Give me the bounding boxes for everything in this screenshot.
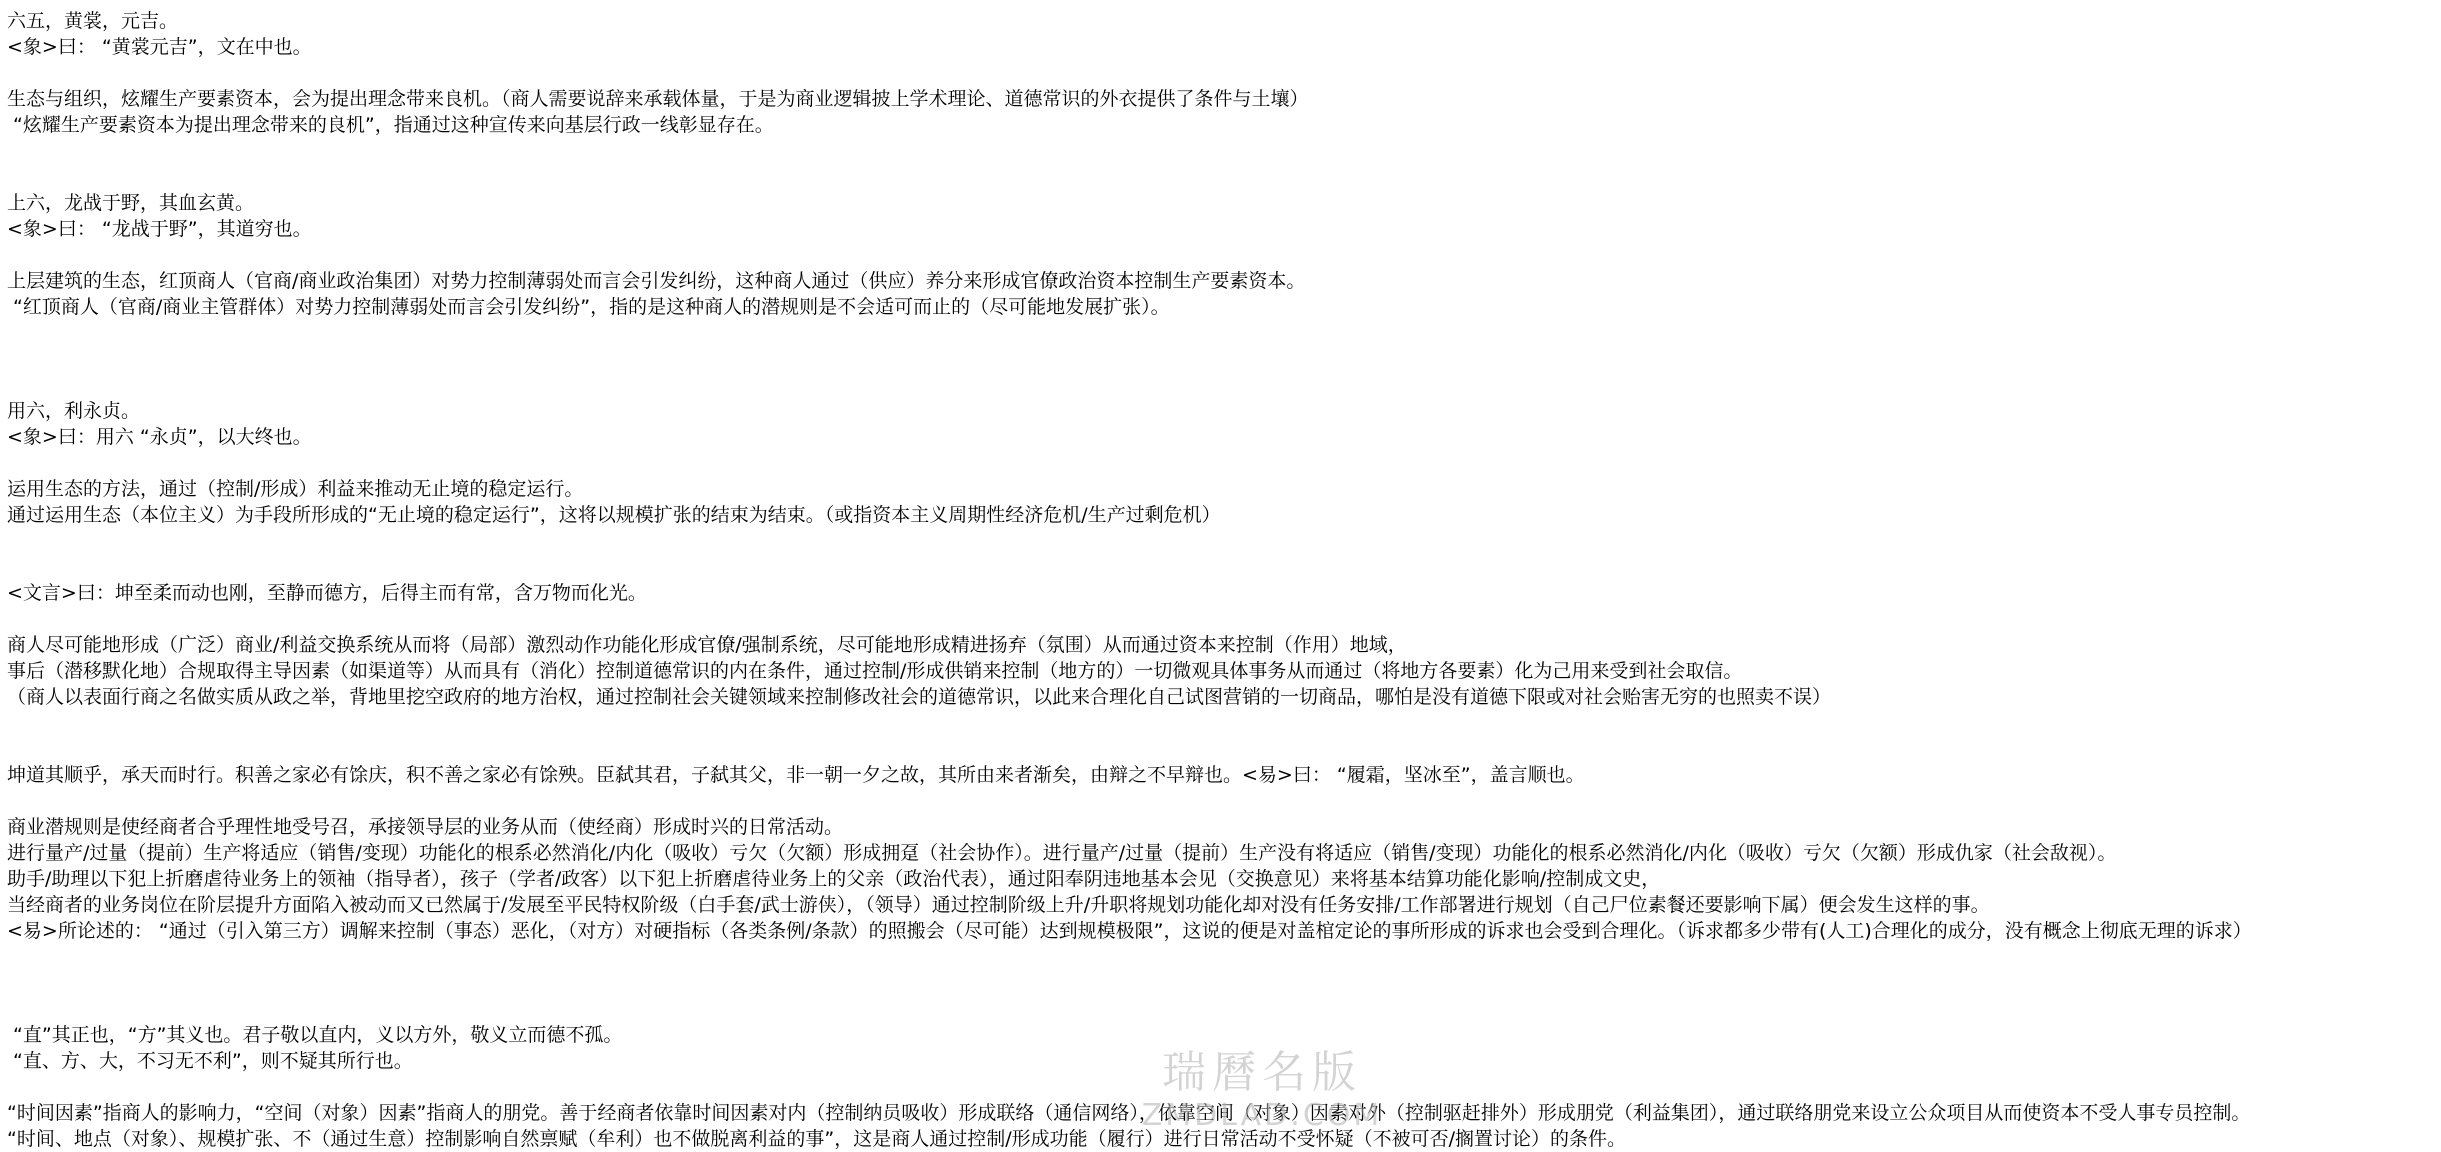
text-line bbox=[7, 996, 2441, 1022]
text-line bbox=[7, 606, 2441, 632]
text-line bbox=[7, 710, 2441, 736]
text-line: <象>曰： “龙战于野”，其道穷也。 bbox=[7, 216, 2441, 242]
text-line: 用六，利永贞。 bbox=[7, 398, 2441, 424]
text-line bbox=[7, 736, 2441, 762]
text-line: 运用生态的方法，通过（控制/形成）利益来推动无止境的稳定运行。 bbox=[7, 476, 2441, 502]
text-line bbox=[7, 242, 2441, 268]
text-line: “直、方、大，不习无不利”，则不疑其所行也。 bbox=[7, 1048, 2441, 1074]
document-text: 六五，黄裳，元吉。<象>曰： “黄裳元吉”，文在中也。 生态与组织，炫耀生产要素… bbox=[7, 8, 2441, 1152]
text-line: （商人以表面行商之名做实质从政之举，背地里挖空政府的地方治权，通过控制社会关键领… bbox=[7, 684, 2441, 710]
text-line: 上六，龙战于野，其血玄黄。 bbox=[7, 190, 2441, 216]
text-line bbox=[7, 970, 2441, 996]
text-line bbox=[7, 528, 2441, 554]
text-line: “时间、地点（对象）、规模扩张、不（通过生意）控制影响自然禀赋（牟利）也不做脱离… bbox=[7, 1126, 2441, 1152]
text-line bbox=[7, 164, 2441, 190]
text-line: 事后（潜移默化地）合规取得主导因素（如渠道等）从而具有（消化）控制道德常识的内在… bbox=[7, 658, 2441, 684]
text-line: <象>曰：用六 “永贞”，以大终也。 bbox=[7, 424, 2441, 450]
text-line: 当经商者的业务岗位在阶层提升方面陷入被动而又已然属于/发展至平民特权阶级（白手套… bbox=[7, 892, 2441, 918]
text-line bbox=[7, 1074, 2441, 1100]
text-line: 进行量产/过量（提前）生产将适应（销售/变现）功能化的根系必然消化/内化（吸收）… bbox=[7, 840, 2441, 866]
text-line bbox=[7, 320, 2441, 346]
text-line bbox=[7, 372, 2441, 398]
text-line: <文言>曰：坤至柔而动也刚，至静而德方，后得主而有常，含万物而化光。 bbox=[7, 580, 2441, 606]
text-line: 商业潜规则是使经商者合乎理性地受号召，承接领导层的业务从而（使经商）形成时兴的日… bbox=[7, 814, 2441, 840]
text-line: “炫耀生产要素资本为提出理念带来的良机”，指通过这种宣传来向基层行政一线彰显存在… bbox=[7, 112, 2441, 138]
text-line bbox=[7, 944, 2441, 970]
text-line: “直”其正也，“方”其义也。君子敬以直内，义以方外，敬义立而德不孤。 bbox=[7, 1022, 2441, 1048]
text-line: “红顶商人（官商/商业主管群体）对势力控制薄弱处而言会引发纠纷”，指的是这种商人… bbox=[7, 294, 2441, 320]
text-line: 通过运用生态（本位主义）为手段所形成的“无止境的稳定运行”，这将以规模扩张的结束… bbox=[7, 502, 2441, 528]
text-line bbox=[7, 554, 2441, 580]
text-line: 上层建筑的生态，红顶商人（官商/商业政治集团）对势力控制薄弱处而言会引发纠纷，这… bbox=[7, 268, 2441, 294]
text-line bbox=[7, 346, 2441, 372]
text-line: 坤道其顺乎，承天而时行。积善之家必有馀庆，积不善之家必有馀殃。臣弑其君，子弑其父… bbox=[7, 762, 2441, 788]
text-line bbox=[7, 450, 2441, 476]
text-line: 商人尽可能地形成（广泛）商业/利益交换系统从而将（局部）激烈动作功能化形成官僚/… bbox=[7, 632, 2441, 658]
text-line: 助手/助理以下犯上折磨虐待业务上的领袖（指导者），孩子（学者/政客）以下犯上折磨… bbox=[7, 866, 2441, 892]
text-line: 生态与组织，炫耀生产要素资本，会为提出理念带来良机。（商人需要说辞来承载体量，于… bbox=[7, 86, 2441, 112]
text-line bbox=[7, 788, 2441, 814]
text-line: <象>曰： “黄裳元吉”，文在中也。 bbox=[7, 34, 2441, 60]
text-line: 六五，黄裳，元吉。 bbox=[7, 8, 2441, 34]
text-line: “时间因素”指商人的影响力，“空间（对象）因素”指商人的朋党。善于经商者依靠时间… bbox=[7, 1100, 2441, 1126]
text-line: <易>所论述的： “通过（引入第三方）调解来控制（事态）恶化，（对方）对硬指标（… bbox=[7, 918, 2441, 944]
text-line bbox=[7, 60, 2441, 86]
text-line bbox=[7, 138, 2441, 164]
